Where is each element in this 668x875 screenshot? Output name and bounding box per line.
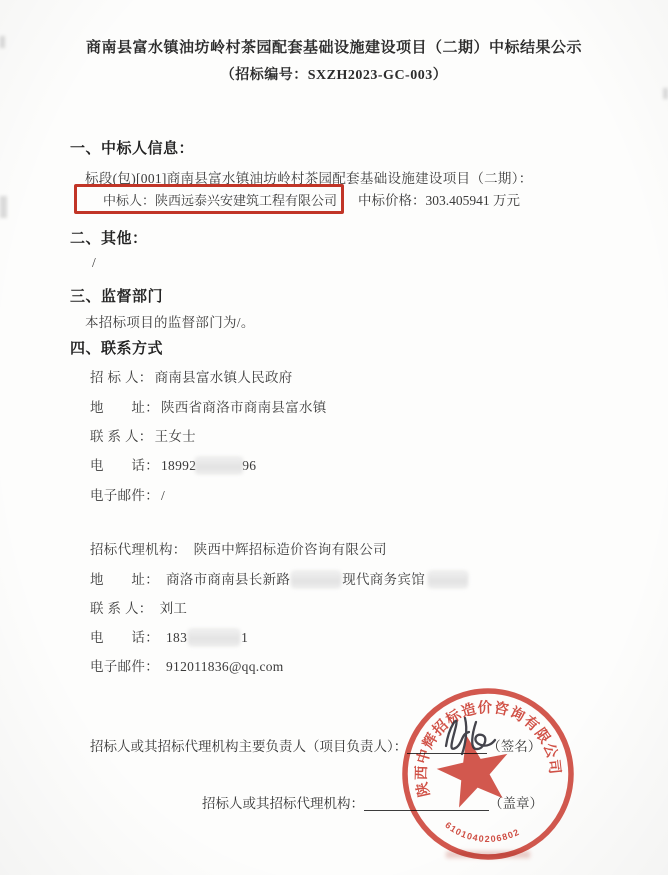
scan-smudge [0, 196, 7, 218]
stamp-line-label: 招标人或其招标代理机构： [202, 796, 364, 811]
section3-heading: 三、监督部门 [70, 285, 163, 306]
agency-phone-row: 电 话：1831 [90, 626, 248, 646]
field-value: 陕西中辉招标造价咨询有限公司 [194, 542, 387, 557]
tenderer-name-row: 招 标 人：商南县富水镇人民政府 [90, 366, 293, 386]
field-label: 电子邮件： [90, 659, 159, 674]
field-label: 电 话： [90, 458, 159, 473]
field-value: 商南县富水镇人民政府 [155, 370, 293, 385]
field-label: 电 话： [90, 630, 159, 645]
field-label: 联 系 人： [90, 601, 153, 616]
winner-row: 中标人：陕西远泰兴安建筑工程有限公司 中标价格：303.405941 万元 [74, 184, 520, 214]
tender-number: （招标编号：SXZH2023-GC-003） [0, 64, 668, 84]
winner-highlight-box: 中标人：陕西远泰兴安建筑工程有限公司 [74, 184, 344, 214]
price-label: 中标价格： [358, 193, 426, 208]
phone-prefix: 183 [166, 630, 187, 645]
signature-line-label: 招标人或其招标代理机构主要负责人（项目负责人）： [90, 739, 407, 754]
redaction-blur [429, 572, 467, 587]
agency-email-row: 电子邮件：912011836@qq.com [90, 655, 284, 675]
tenderer-phone-row: 电 话：1899296 [90, 454, 256, 474]
price-line: 中标价格：303.405941 万元 [358, 189, 520, 209]
field-label: 电子邮件： [90, 488, 159, 503]
section3-content: 本招标项目的监督部门为/。 [85, 311, 255, 331]
redaction-blur [189, 630, 239, 645]
redaction-blur [196, 458, 242, 473]
redaction-blur [292, 572, 340, 587]
agency-address-row: 地 址：商洛市商南县长新路现代商务宾馆 [90, 568, 467, 588]
field-label: 地 址： [90, 572, 159, 587]
document-title: 商南县富水镇油坊岭村茶园配套基础设施建设项目（二期）中标结果公示 [0, 36, 668, 57]
tenderer-contact-row: 联 系 人：王女士 [90, 425, 196, 445]
field-label: 招 标 人： [90, 370, 153, 385]
winner-name: 陕西远泰兴安建筑工程有限公司 [155, 190, 337, 209]
field-value: 912011836@qq.com [166, 659, 284, 674]
section4-heading: 四、联系方式 [70, 337, 163, 358]
section2-heading: 二、其他： [70, 227, 148, 248]
agency-name-row: 招标代理机构：陕西中辉招标造价咨询有限公司 [90, 538, 387, 558]
field-label: 招标代理机构： [90, 542, 187, 557]
section1-heading: 一、中标人信息： [70, 137, 194, 158]
field-value: 商洛市商南县长新路 [166, 572, 290, 587]
field-value: 现代商务宾馆 [342, 572, 425, 587]
agency-contact-row: 联 系 人：刘工 [90, 597, 187, 617]
field-label: 地 址： [90, 400, 159, 415]
section2-content: / [92, 255, 96, 271]
handwritten-signature [432, 706, 518, 766]
price-value: 303.405941 万元 [426, 193, 521, 208]
winner-label: 中标人： [103, 190, 155, 209]
field-value: 刘工 [160, 601, 188, 616]
field-value: 陕西省商洛市商南县富水镇 [161, 400, 327, 415]
phone-suffix: 1 [241, 630, 248, 645]
scan-smudge [663, 88, 668, 99]
phone-prefix: 18992 [161, 458, 196, 473]
field-value: 王女士 [155, 429, 196, 444]
tenderer-email-row: 电子邮件：/ [90, 484, 165, 504]
phone-suffix: 96 [242, 458, 256, 473]
scanned-document-page: 商南县富水镇油坊岭村茶园配套基础设施建设项目（二期）中标结果公示 （招标编号：S… [0, 0, 668, 875]
tenderer-address-row: 地 址：陕西省商洛市商南县富水镇 [90, 396, 327, 416]
field-value: / [161, 488, 165, 503]
field-label: 联 系 人： [90, 429, 153, 444]
